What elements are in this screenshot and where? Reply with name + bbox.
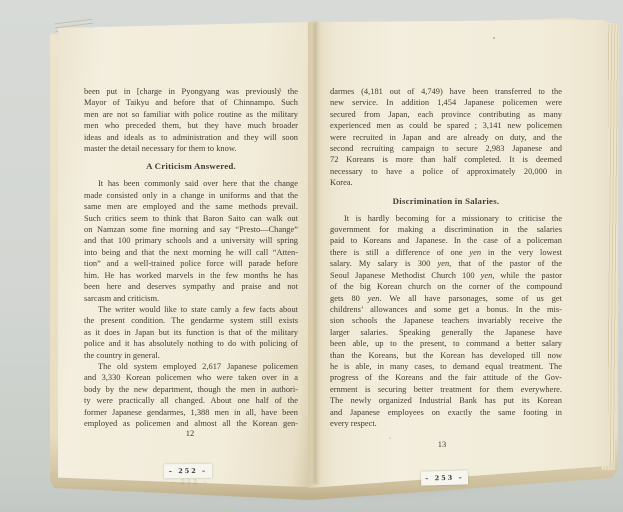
text-line: same men are employed and the same metho…	[84, 201, 298, 212]
text-line: than the Koreans, but the Korean has dev…	[330, 350, 562, 361]
text-line: made consisted only in a change in unifo…	[84, 190, 298, 201]
paragraph: been put in [charge in Pyongyang was pre…	[84, 86, 298, 154]
text-line: The old system employed 2,617 Japanese p…	[84, 361, 298, 372]
section-heading: Discrimination in Salaries.	[330, 196, 562, 207]
text-line: Korea.	[330, 177, 562, 188]
text-line: Mayor of Taikyu and before that of Chinn…	[84, 97, 298, 108]
text-column-left: been put in [charge in Pyongyang was pre…	[84, 86, 298, 429]
text-line: sion schools the Japanese teachers invar…	[330, 315, 562, 326]
text-column-right: darmes (4,181 out of 4,749) have been tr…	[330, 86, 562, 429]
text-line: Seoul Japanese Methodist Church 100 yen,…	[330, 270, 562, 281]
text-line: paid to Koreans and Japanese. In the cas…	[330, 235, 562, 246]
text-line: he is able, in many cases, to demand equ…	[330, 361, 562, 372]
text-line: the country in general.	[84, 350, 298, 361]
text-line: necessary to have a police of approximat…	[330, 166, 562, 177]
text-line: master the detail necessary for them to …	[84, 143, 298, 154]
photographed-book-scan: been put in [charge in Pyongyang was pre…	[0, 0, 623, 512]
text-line: police and it has absolutely nothing to …	[84, 338, 298, 349]
gutter-crease	[312, 22, 320, 484]
text-line: progress of the Koreans and the fair att…	[330, 372, 562, 383]
text-line: gets 80 yen. We all have parsonages, som…	[330, 293, 562, 304]
text-line: darmes (4,181 out of 4,749) have been tr…	[330, 86, 562, 97]
text-line: It has been commonly said over here that…	[84, 178, 298, 189]
text-line: ernment is securing better treatment for…	[330, 384, 562, 395]
text-line: former Japanese gendarmes, 1,388 men in …	[84, 407, 298, 418]
text-line: been able, up to the present, to command…	[330, 338, 562, 349]
text-line: men are not so familiar with police rout…	[84, 109, 298, 120]
text-line: tion” and a well-trained police force wi…	[84, 258, 298, 269]
paragraph: The old system employed 2,617 Japanese p…	[84, 361, 298, 429]
text-line: government for making a discrimination i…	[330, 224, 562, 235]
text-line: experienced men as could be spared ; 3,1…	[330, 120, 562, 131]
text-line: there is still a difference of one yen i…	[330, 247, 562, 258]
paper-speck	[279, 88, 281, 90]
text-line: of the big Korean church on the corner o…	[330, 281, 562, 292]
catalog-slip-right: – 253 –	[421, 470, 468, 485]
paragraph: darmes (4,181 out of 4,749) have been tr…	[330, 86, 562, 189]
text-line: secured from Japan, each province contri…	[330, 109, 562, 120]
catalog-slip-left: – 252 –	[164, 464, 212, 478]
text-line: ty were practically all changed. About o…	[84, 395, 298, 406]
text-line: 72 Koreans is more than half completed. …	[330, 154, 562, 165]
text-line: ideas and ideals as to administration an…	[84, 132, 298, 143]
text-line: body by the new department, though the m…	[84, 384, 298, 395]
text-line: The newly organized Industrial Bank has …	[330, 395, 562, 406]
text-line: sarcasm and criticism.	[84, 293, 298, 304]
paragraph: It has been commonly said over here that…	[84, 178, 298, 303]
text-line: and Japanese employees on exactly the sa…	[330, 407, 562, 418]
text-line: into being and that the next morning he …	[84, 247, 298, 258]
text-line: him. He has worked marvels in the few mo…	[84, 270, 298, 281]
text-line: larger salaries. Speaking generally the …	[330, 327, 562, 338]
paper-speck	[493, 37, 495, 39]
catalog-slip-left-ghost: – 252 –	[170, 478, 210, 486]
text-line: Such critics seem to think that Baron Sa…	[84, 213, 298, 224]
text-line: and 3,330 Korean policemen who were take…	[84, 372, 298, 383]
paragraph: The writer would like to state camly a f…	[84, 304, 298, 361]
text-line: every respect.	[330, 418, 562, 429]
text-line: and that 100 primary schools and a unive…	[84, 235, 298, 246]
paper-stain	[540, 120, 566, 134]
page-number-left: 12	[160, 428, 220, 438]
text-line: childrens’ allowances and some get a bon…	[330, 304, 562, 315]
text-line: been here and deserves sympathy and prai…	[84, 281, 298, 292]
text-line: new service. In addition 1,454 Japanese …	[330, 97, 562, 108]
paper-speck	[389, 437, 391, 439]
text-line: It is hardly becoming for a missionary t…	[330, 213, 562, 224]
text-line: second recruiting campaign to secure 2,9…	[330, 143, 562, 154]
text-line: the present condition. The gendarme syst…	[84, 315, 298, 326]
page-number-right: 13	[412, 439, 472, 449]
paragraph: It is hardly becoming for a missionary t…	[330, 213, 562, 430]
text-line: on Namzan some fine morning and say “Pre…	[84, 224, 298, 235]
text-line: were recruited in Japan and are already …	[330, 132, 562, 143]
text-line: The writer would like to state camly a f…	[84, 304, 298, 315]
text-line: been put in [charge in Pyongyang was pre…	[84, 86, 298, 97]
section-heading: A Criticism Answered.	[84, 161, 298, 172]
text-line: salary. My salary is 300 yen, that of th…	[330, 258, 562, 269]
text-line: as it does in Japan but its function is …	[84, 327, 298, 338]
text-line: men who preceded them, but they have muc…	[84, 120, 298, 131]
